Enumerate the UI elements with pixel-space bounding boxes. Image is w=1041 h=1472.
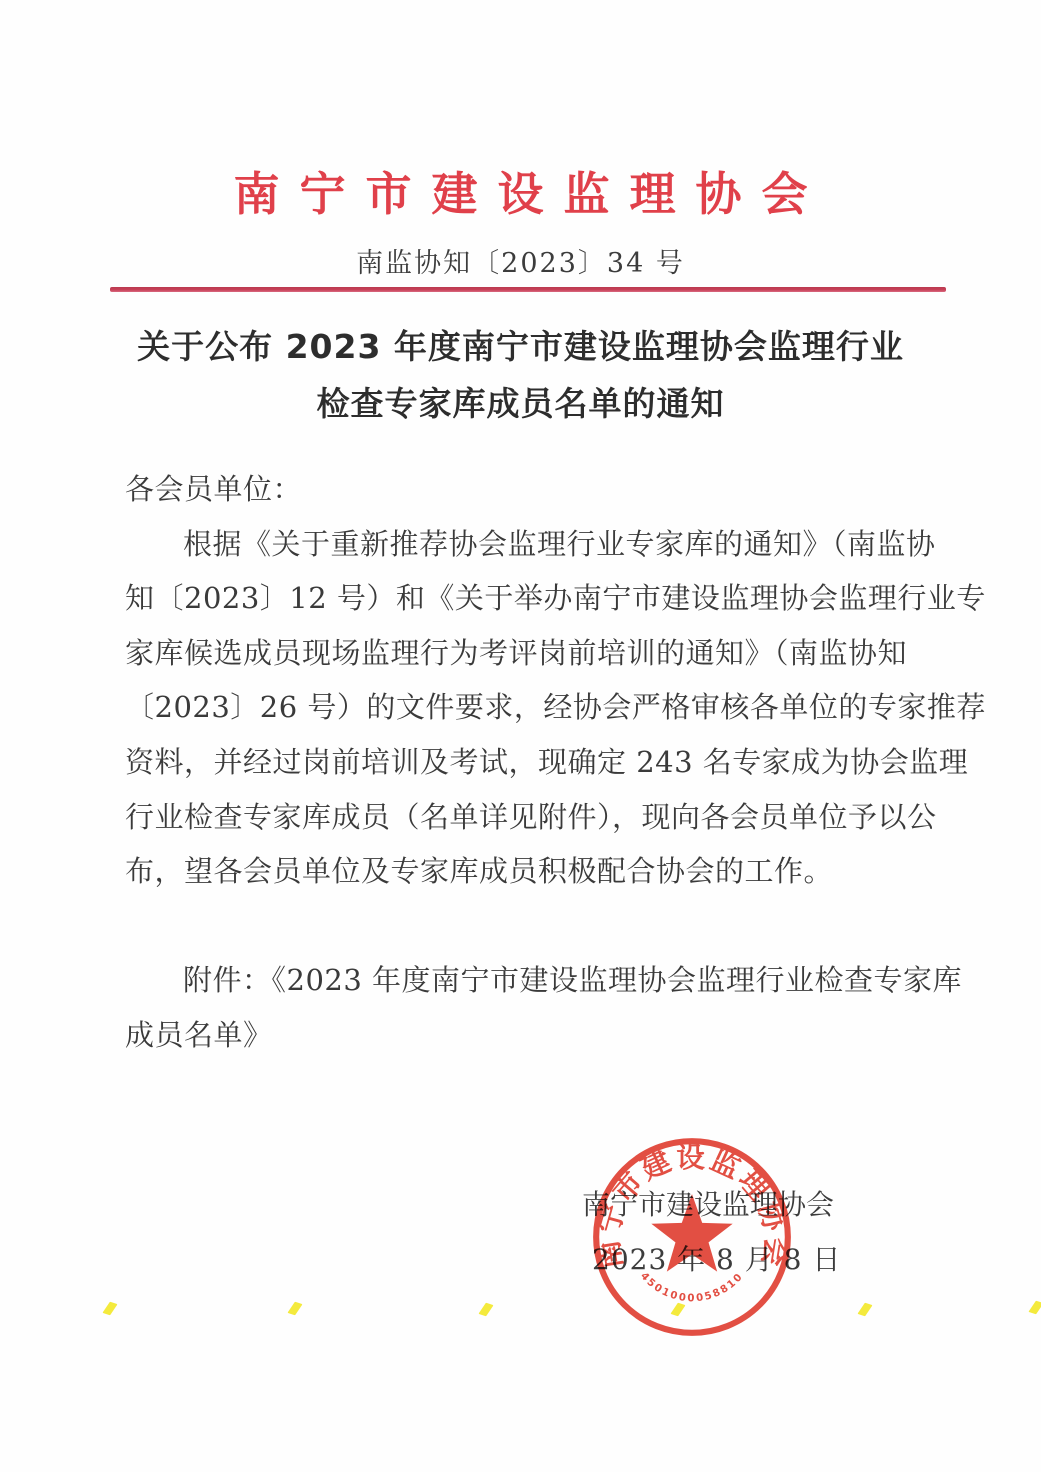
attachment-line2: 成员名单》 xyxy=(125,1008,937,1063)
body-text: 各会员单位： 根据《关于重新推荐协会监理行业专家库的通知》（南监协 知〔2023… xyxy=(125,462,937,899)
scan-artifact-mark xyxy=(478,1303,493,1317)
document-number: 南监协知〔2023〕34 号 xyxy=(0,241,1041,280)
scan-artifact-mark xyxy=(102,1302,117,1316)
attachment-section: 附件：《2023 年度南宁市建设监理协会监理行业检查专家库 成员名单》 xyxy=(125,953,937,1062)
document-title-line2: 检查专家库成员名单的通知 xyxy=(0,375,1041,432)
body-line: 家库候选成员现场监理行为考评岗前培训的通知》（南监协知 xyxy=(125,626,937,681)
document-page: 南宁市建设监理协会 南监协知〔2023〕34 号 关于公布 2023 年度南宁市… xyxy=(0,0,1041,1472)
body-line: 根据《关于重新推荐协会监理行业专家库的通知》（南监协 xyxy=(125,517,937,572)
scan-artifact-mark xyxy=(857,1303,872,1317)
star-icon xyxy=(651,1194,732,1271)
body-line: 行业检查专家库成员（名单详见附件），现向各会员单位予以公 xyxy=(125,790,937,845)
official-seal: 南宁市建设监理协会 4501000058810 xyxy=(590,1133,794,1341)
scan-artifact-mark xyxy=(287,1302,302,1316)
document-title-line1: 关于公布 2023 年度南宁市建设监理协会监理行业 xyxy=(0,318,1041,375)
document-title: 关于公布 2023 年度南宁市建设监理协会监理行业 检查专家库成员名单的通知 xyxy=(0,318,1041,432)
organization-header: 南宁市建设监理协会 xyxy=(0,158,1041,224)
attachment-line1: 附件：《2023 年度南宁市建设监理协会监理行业检查专家库 xyxy=(125,953,937,1008)
body-line: 知〔2023〕12 号）和《关于举办南宁市建设监理协会监理行业专 xyxy=(125,571,937,626)
scan-artifact-mark xyxy=(1028,1301,1041,1315)
red-divider-line xyxy=(110,287,946,292)
body-line: 资料，并经过岗前培训及考试，现确定 243 名专家成为协会监理 xyxy=(125,735,937,790)
body-line: 布，望各会员单位及专家库成员积极配合协会的工作。 xyxy=(125,844,937,899)
seal-number-holder: 4501000058810 xyxy=(638,1271,746,1305)
salutation: 各会员单位： xyxy=(125,462,937,517)
seal-registration-number: 4501000058810 xyxy=(638,1271,746,1305)
body-line: 〔2023〕26 号）的文件要求，经协会严格审核各单位的专家推荐 xyxy=(125,680,937,735)
